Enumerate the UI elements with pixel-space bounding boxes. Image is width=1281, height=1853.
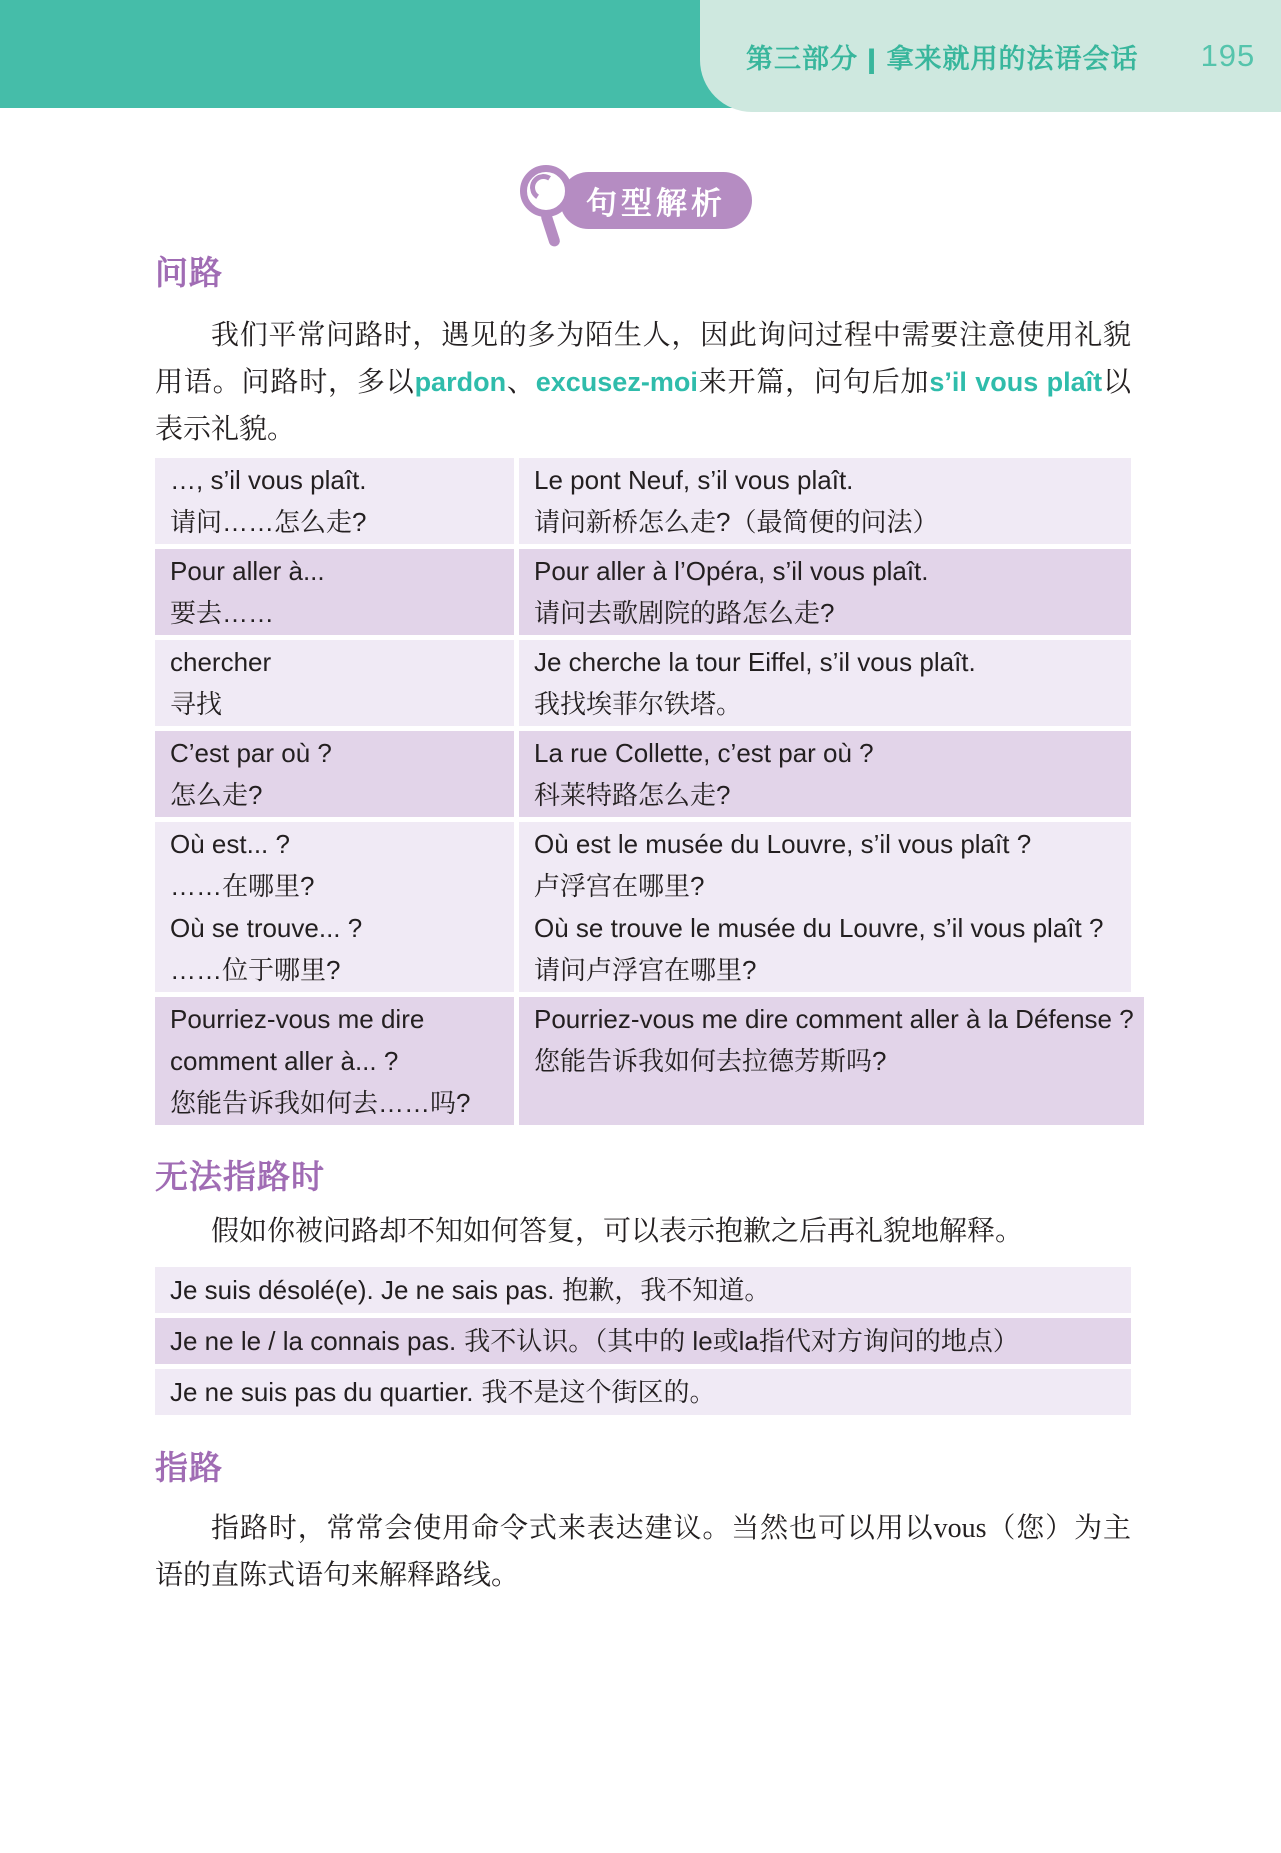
french-line: Le pont Neuf, s’il vous plaît. (534, 459, 1121, 501)
french-line: chercher (170, 641, 504, 683)
section-badge: 句型解析 (560, 172, 752, 229)
chinese-translation: 我不认识。（其中的 le或la指代对方询问的地点） (464, 1326, 1019, 1356)
phrase-row: Je suis désolé(e). Je ne sais pas.抱歉，我不知… (155, 1267, 1131, 1313)
section-heading-asking: 问路 (155, 254, 223, 292)
french-line: Pour aller à l’Opéra, s’il vous plaît. (534, 550, 1121, 592)
pattern-cell: Où est... ? ……在哪里? Où se trouve... ? ……位… (155, 822, 514, 992)
chinese-translation: 抱歉，我不知道。 (562, 1275, 770, 1305)
qa-table: …, s’il vous plaît. 请问……怎么走? Le pont Neu… (155, 458, 1131, 1130)
french-line: Où est... ? (170, 823, 504, 865)
phrase-row: Je ne suis pas du quartier.我不是这个街区的。 (155, 1369, 1131, 1415)
section-heading-cannot: 无法指路时 (155, 1158, 325, 1196)
table-row: chercher 寻找 Je cherche la tour Eiffel, s… (155, 640, 1131, 726)
book-page: { "colors": { "teal_bar": "#45bda9", "mi… (0, 0, 1281, 1853)
header-panel: 第三部分|拿来就用的法语会话 195 (700, 0, 1281, 112)
french-line: Je cherche la tour Eiffel, s’il vous pla… (534, 641, 1121, 683)
french-line: comment aller à... ? (170, 1040, 504, 1082)
example-cell: Pour aller à l’Opéra, s’il vous plaît. 请… (519, 549, 1131, 635)
chapter-title: 拿来就用的法语会话 (887, 44, 1139, 74)
header-teal-bar (0, 0, 745, 108)
table-row: Où est... ? ……在哪里? Où se trouve... ? ……位… (155, 822, 1131, 992)
chinese-line: 要去…… (170, 592, 504, 634)
chinese-line: 您能告诉我如何去拉德芳斯吗? (534, 1040, 1134, 1082)
chinese-line: 请问新桥怎么走?（最简便的问法） (534, 501, 1121, 543)
chinese-line: ……位于哪里? (170, 949, 504, 991)
table-row: Pour aller à... 要去…… Pour aller à l’Opér… (155, 549, 1131, 635)
giving-paragraph: 指路时，常常会使用命令式来表达建议。当然也可以用以vous（您）为主语的直陈式语… (155, 1505, 1131, 1599)
chinese-line: 我找埃菲尔铁塔。 (534, 683, 1121, 725)
french-phrase: Je ne suis pas du quartier. (170, 1377, 474, 1407)
french-phrase: Je ne le / la connais pas. (170, 1326, 456, 1356)
chinese-line: 您能告诉我如何去……吗? (170, 1082, 504, 1124)
example-cell: Le pont Neuf, s’il vous plaît. 请问新桥怎么走?（… (519, 458, 1131, 544)
french-line: Pour aller à... (170, 550, 504, 592)
chinese-translation: 我不是这个街区的。 (482, 1377, 716, 1407)
pattern-cell: …, s’il vous plaît. 请问……怎么走? (155, 458, 514, 544)
magnifier-icon (520, 165, 572, 217)
table-row: C’est par où ? 怎么走? La rue Collette, c’e… (155, 731, 1131, 817)
chinese-line: 寻找 (170, 683, 504, 725)
chinese-line: 怎么走? (170, 774, 504, 816)
example-cell: Où est le musée du Louvre, s’il vous pla… (519, 822, 1131, 992)
pattern-cell: chercher 寻找 (155, 640, 514, 726)
phrase-row: Je ne le / la connais pas.我不认识。（其中的 le或l… (155, 1318, 1131, 1364)
section-heading-giving: 指路 (155, 1449, 223, 1487)
chinese-line: 请问……怎么走? (170, 501, 504, 543)
chinese-line: 卢浮宫在哪里? (534, 865, 1121, 907)
asking-paragraph: 我们平常问路时，遇见的多为陌生人，因此询问过程中需要注意使用礼貌用语。问路时，多… (155, 312, 1131, 453)
example-cell: Pourriez-vous me dire comment aller à la… (519, 997, 1144, 1125)
example-cell: Je cherche la tour Eiffel, s’il vous pla… (519, 640, 1131, 726)
french-phrase: Je suis désolé(e). Je ne sais pas. (170, 1275, 554, 1305)
example-cell: La rue Collette, c’est par où ? 科莱特路怎么走? (519, 731, 1131, 817)
page-number: 195 (1201, 38, 1256, 74)
table-row: …, s’il vous plaît. 请问……怎么走? Le pont Neu… (155, 458, 1131, 544)
pattern-cell: Pourriez-vous me dire comment aller à...… (155, 997, 514, 1125)
french-line: Où se trouve le musée du Louvre, s’il vo… (534, 907, 1121, 949)
cannot-paragraph: 假如你被问路却不知如何答复，可以表示抱歉之后再礼貌地解释。 (155, 1208, 1131, 1255)
running-head-divider: | (866, 44, 878, 75)
french-line: Où se trouve... ? (170, 907, 504, 949)
running-head: 第三部分|拿来就用的法语会话 (746, 37, 1139, 76)
pattern-cell: C’est par où ? 怎么走? (155, 731, 514, 817)
table-row: Pourriez-vous me dire comment aller à...… (155, 997, 1131, 1125)
paragraph-text: 来开篇，问句后加 (698, 367, 930, 398)
chinese-line: ……在哪里? (170, 865, 504, 907)
magnifier-gleam (527, 171, 559, 203)
chinese-line: 请问去歌剧院的路怎么走? (534, 592, 1121, 634)
french-line: …, s’il vous plaît. (170, 459, 504, 501)
french-line: Où est le musée du Louvre, s’il vous pla… (534, 823, 1121, 865)
chinese-line: 科莱特路怎么走? (534, 774, 1121, 816)
section-badge-label: 句型解析 (586, 178, 726, 223)
part-label: 第三部分 (746, 44, 858, 74)
french-line: La rue Collette, c’est par où ? (534, 732, 1121, 774)
french-line: Pourriez-vous me dire comment aller à la… (534, 998, 1134, 1040)
french-line: Pourriez-vous me dire (170, 998, 504, 1040)
french-term: excusez-moi (536, 367, 698, 397)
paragraph-text: 、 (506, 367, 536, 398)
phrase-rows: Je suis désolé(e). Je ne sais pas.抱歉，我不知… (155, 1267, 1131, 1420)
pattern-cell: Pour aller à... 要去…… (155, 549, 514, 635)
french-term: pardon (415, 367, 507, 397)
chinese-line: 请问卢浮宫在哪里? (534, 949, 1121, 991)
french-term: s’il vous plaît (929, 367, 1102, 397)
french-line: C’est par où ? (170, 732, 504, 774)
